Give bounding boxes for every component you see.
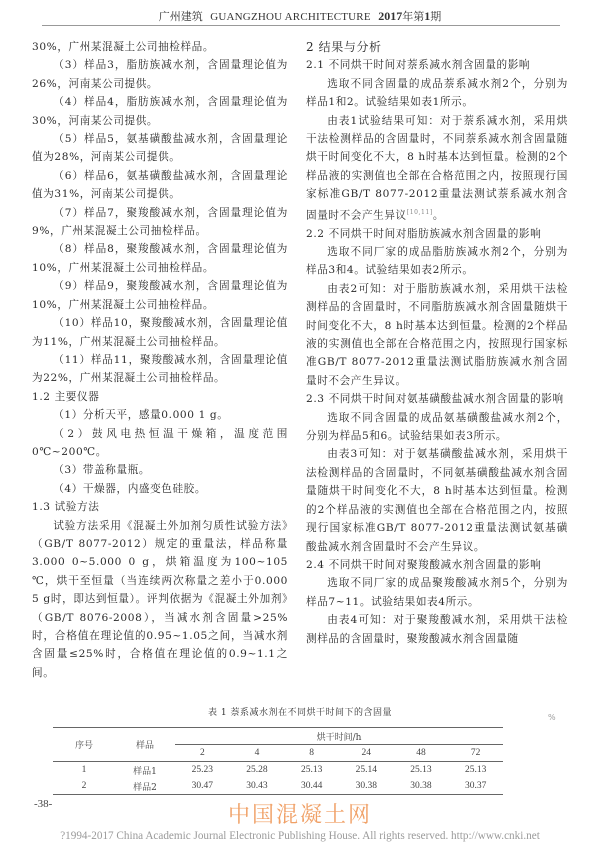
cell-index: 1 <box>53 762 115 779</box>
issue-suffix: 期 <box>430 10 441 23</box>
sample-item-7: （7）样品7，聚羧酸减水剂，含固量理论值为9%，广州某混凝土公司抽检样品。 <box>32 204 288 241</box>
paragraph: 选取不同含固量的成品萘系减水剂2个，分别为样品1和2。试验结果如表1所示。 <box>306 75 568 112</box>
sample-item-11: （11）样品11，聚羧酸减水剂，含固量理论值为22%，广州某混凝土公司抽检样品。 <box>32 351 288 388</box>
sample-item-8: （8）样品8，聚羧酸减水剂，含固量理论值为10%，广州某混凝土公司抽检样品。 <box>32 240 288 277</box>
running-header: 广州建筑 GUANGZHOU ARCHITECTURE 2017年第1期 <box>0 8 600 24</box>
cell-value: 30.44 <box>284 778 339 795</box>
column-header-sample: 样品 <box>115 728 175 762</box>
instrument-item: （4）干燥器，内盛变色硅胶。 <box>32 480 288 498</box>
section-heading-2-2: 2.2 不同烘干时间对脂肪族减水剂含固量的影响 <box>306 225 568 243</box>
cell-value: 25.13 <box>448 762 503 779</box>
paragraph: 选取不同厂家的成品聚羧酸减水剂5个，分别为样品7~11。试验结果如表4所示。 <box>306 574 568 611</box>
period: 。 <box>433 209 444 221</box>
column-header-index: 序号 <box>53 728 115 762</box>
paragraph: 选取不同含固量的成品氨基磺酸盐减水剂2个，分别为样品5和6。试验结果如表3所示。 <box>306 409 568 446</box>
section-heading-2-1: 2.1 不同烘干时间对萘系减水剂含固量的影响 <box>306 56 568 74</box>
paragraph: 由表4可知：对于聚羧酸减水剂，采用烘干法检测样品的含固量时，聚羧酸减水剂含固量随 <box>306 611 568 648</box>
cell-value: 30.38 <box>394 778 449 795</box>
table-row: 2 样品2 30.47 30.43 30.44 30.38 30.38 30.3… <box>53 778 503 795</box>
cell-value: 30.37 <box>448 778 503 795</box>
cell-value: 30.38 <box>339 778 394 795</box>
section-heading-1-2: 1.2 主要仪器 <box>32 388 288 406</box>
instrument-item: （1）分析天平，感量0.000 1 g。 <box>32 406 288 424</box>
sample-item-3: （3）样品3，脂肪族减水剂，含固量理论值为26%，河南某公司提供。 <box>32 56 288 93</box>
journal-name-en: GUANGZHOU ARCHITECTURE <box>210 11 371 23</box>
paragraph: 由表1试验结果可知：对于萘系减水剂，采用烘干法检测样品的含固量时，不同萘系减水剂… <box>306 112 568 225</box>
instrument-item: （2）鼓风电热恒温干燥箱，温度范围0℃~200℃。 <box>32 425 288 462</box>
journal-name-cn: 广州建筑 <box>159 10 203 23</box>
column-header-time: 48 <box>394 745 449 762</box>
header-divider <box>42 25 560 26</box>
cell-value: 30.47 <box>175 778 230 795</box>
sample-item-10: （10）样品10，聚羧酸减水剂，含固量理论值为11%，广州某混凝土公司抽检样品。 <box>32 314 288 351</box>
left-column: 30%，广州某混凝土公司抽检样品。 （3）样品3，脂肪族减水剂，含固量理论值为2… <box>32 38 288 682</box>
cell-value: 25.23 <box>175 762 230 779</box>
paragraph-text: 由表1试验结果可知：对于萘系减水剂，采用烘干法检测样品的含固量时，不同萘系减水剂… <box>306 115 568 222</box>
data-table: 序号 样品 烘干时间/h 2 4 8 24 48 72 1 样品1 25.23 … <box>53 727 503 795</box>
section-heading-1-3: 1.3 试验方法 <box>32 498 288 516</box>
section-heading-2-3: 2.3 不同烘干时间对氨基磺酸盐减水剂含固量的影响 <box>306 390 568 408</box>
column-header-time: 72 <box>448 745 503 762</box>
cell-value: 25.28 <box>230 762 285 779</box>
column-header-time: 2 <box>175 745 230 762</box>
cell-value: 25.14 <box>339 762 394 779</box>
paragraph: 选取不同厂家的成品脂肪族减水剂2个，分别为样品3和4。试验结果如表2所示。 <box>306 243 568 280</box>
table-unit: % <box>548 713 556 722</box>
section-heading-2-4: 2.4 不同烘干时间对聚羧酸减水剂含固量的影响 <box>306 556 568 574</box>
cell-sample: 样品1 <box>115 762 175 779</box>
cell-index: 2 <box>53 778 115 795</box>
instrument-item: （3）带盖称量瓶。 <box>32 461 288 479</box>
table-row: 1 样品1 25.23 25.28 25.13 25.14 25.13 25.1… <box>53 762 503 779</box>
paragraph: 由表2可知：对于脂肪族减水剂，采用烘干法检测样品的含固量时，不同脂肪族减水剂含固… <box>306 280 568 390</box>
sample-item-4: （4）样品4，脂肪族减水剂，含固量理论值为30%，河南某公司提供。 <box>32 93 288 130</box>
column-header-time: 8 <box>284 745 339 762</box>
citation-ref[interactable]: [10,11] <box>407 209 433 216</box>
cell-value: 25.13 <box>284 762 339 779</box>
column-header-time: 4 <box>230 745 285 762</box>
copyright-notice: ?1994-2017 China Academic Journal Electr… <box>0 830 600 842</box>
paragraph: 由表3可知：对于氨基磺酸盐减水剂，采用烘干法检测样品的含固量时，不同氨基磺酸盐减… <box>306 445 568 555</box>
table-caption: 表 1 萘系减水剂在不同烘干时间下的含固量 <box>0 705 600 718</box>
paragraph: 30%，广州某混凝土公司抽检样品。 <box>32 38 288 56</box>
section-heading-2: 2 结果与分析 <box>306 38 568 56</box>
column-group-header: 烘干时间/h <box>175 728 503 745</box>
sample-item-9: （9）样品9，聚羧酸减水剂，含固量理论值为10%，广州某混凝土公司抽检样品。 <box>32 277 288 314</box>
watermark-logo: 中国混凝土网 <box>0 798 600 829</box>
sample-item-5: （5）样品5，氨基磺酸盐减水剂，含固量理论值为28%，河南某公司提供。 <box>32 130 288 167</box>
sample-item-6: （6）样品6，氨基磺酸盐减水剂，含固量理论值为31%，河南某公司提供。 <box>32 167 288 204</box>
right-column: 2 结果与分析 2.1 不同烘干时间对萘系减水剂含固量的影响 选取不同含固量的成… <box>306 38 568 648</box>
cell-value: 30.43 <box>230 778 285 795</box>
method-paragraph: 试验方法采用《混凝土外加剂匀质性试验方法》（GB/T 8077-2012）规定的… <box>32 517 288 683</box>
column-header-time: 24 <box>339 745 394 762</box>
cell-sample: 样品2 <box>115 778 175 795</box>
cell-value: 25.13 <box>394 762 449 779</box>
year-suffix: 年第 <box>402 10 424 23</box>
journal-year: 2017 <box>378 9 402 23</box>
